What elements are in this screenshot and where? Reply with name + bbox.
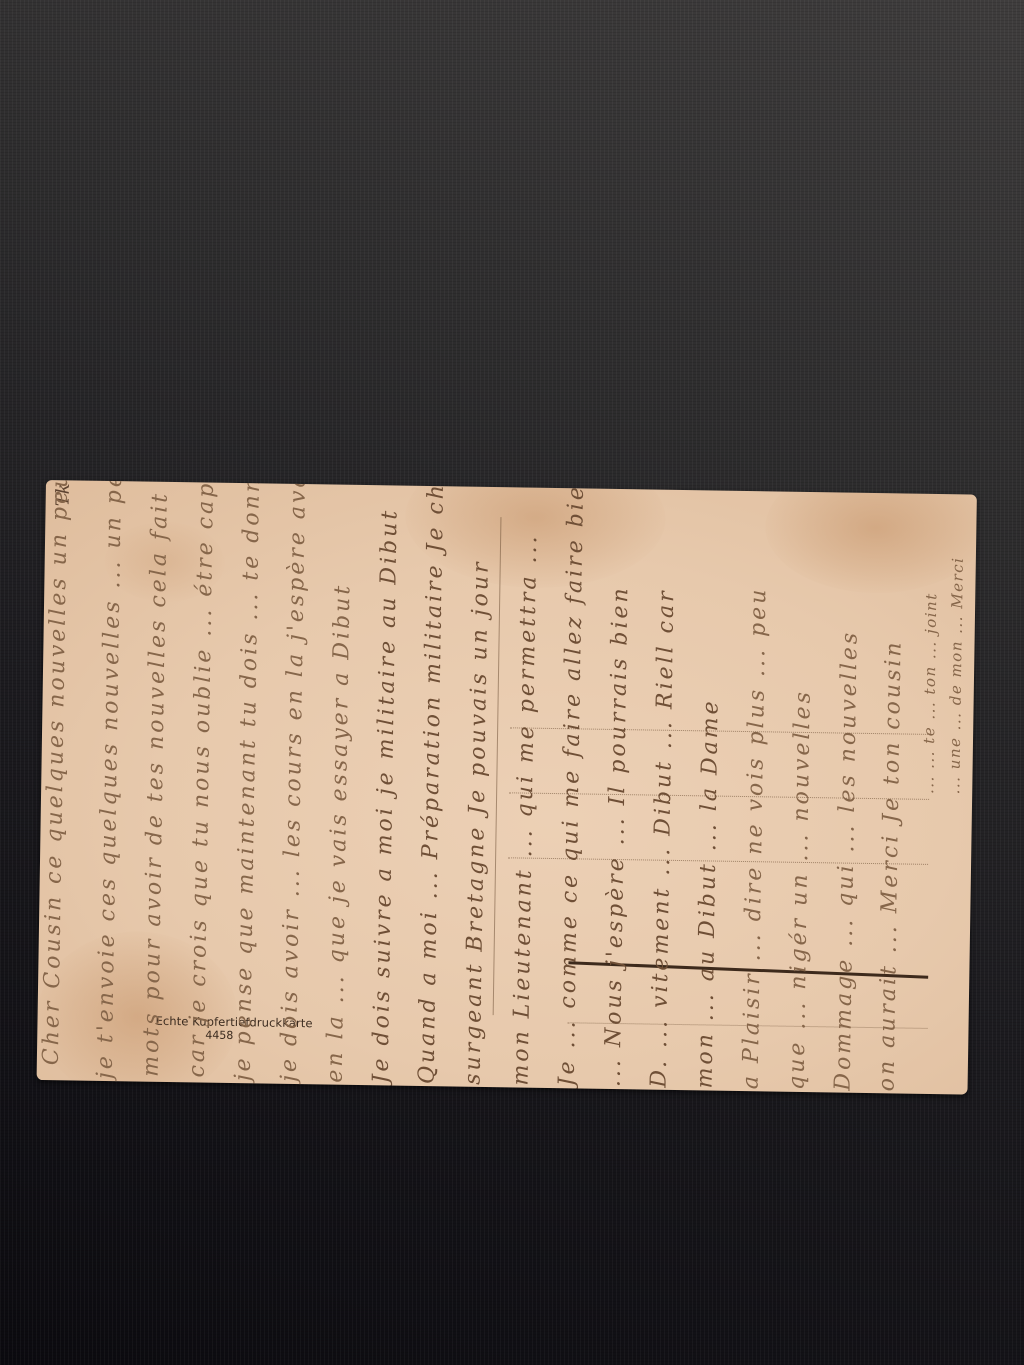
postcard: Tk Echte Kupfertiefdruckkarte 4458 Cher … xyxy=(37,480,977,1095)
handwriting-line: je dois avoir ... les cours en la j'espè… xyxy=(279,480,311,1082)
handwriting-line: a Plaisir ... dire ne vois plus ... peu xyxy=(741,586,771,1089)
handwriting-line: mon Lieutenant ... qui me permettra ... xyxy=(511,533,542,1085)
handwriting-line: ... Nous j'espère ... Il pourrais bien xyxy=(603,585,633,1087)
handwriting-line: on aurait ... Merci Je ton cousin xyxy=(877,639,906,1091)
handwriting-line: Quand a moi ... Préparation militaire Je… xyxy=(417,480,449,1084)
handwriting-line: en la ... que je vais essayer a Dibut xyxy=(325,583,355,1083)
handwriting-line: D. ... vitement ... Dibut ... Riell car xyxy=(649,588,679,1088)
vertical-divider-line xyxy=(493,517,502,1015)
handwriting-line: ... une ... de mon ... Merci xyxy=(947,557,966,795)
handwriting-line: mon ... au Dibut ... la Dame xyxy=(695,698,723,1088)
age-stain xyxy=(764,480,977,595)
handwriting-line: surgeant Bretagne Je pouvais un jour xyxy=(463,559,493,1085)
handwriting-line: ... ... te ... ton ... joint xyxy=(921,592,939,794)
handwriting-line: Je dois suivre a moi je militaire au Dib… xyxy=(371,508,402,1084)
handwriting-line: je pense que maintenant tu dois ... te d… xyxy=(233,480,265,1081)
handwriting-line: Dommage ... qui ... les nouvelles xyxy=(833,630,862,1091)
handwriting-line: que ... nigér un ... nouvelles xyxy=(787,689,815,1090)
